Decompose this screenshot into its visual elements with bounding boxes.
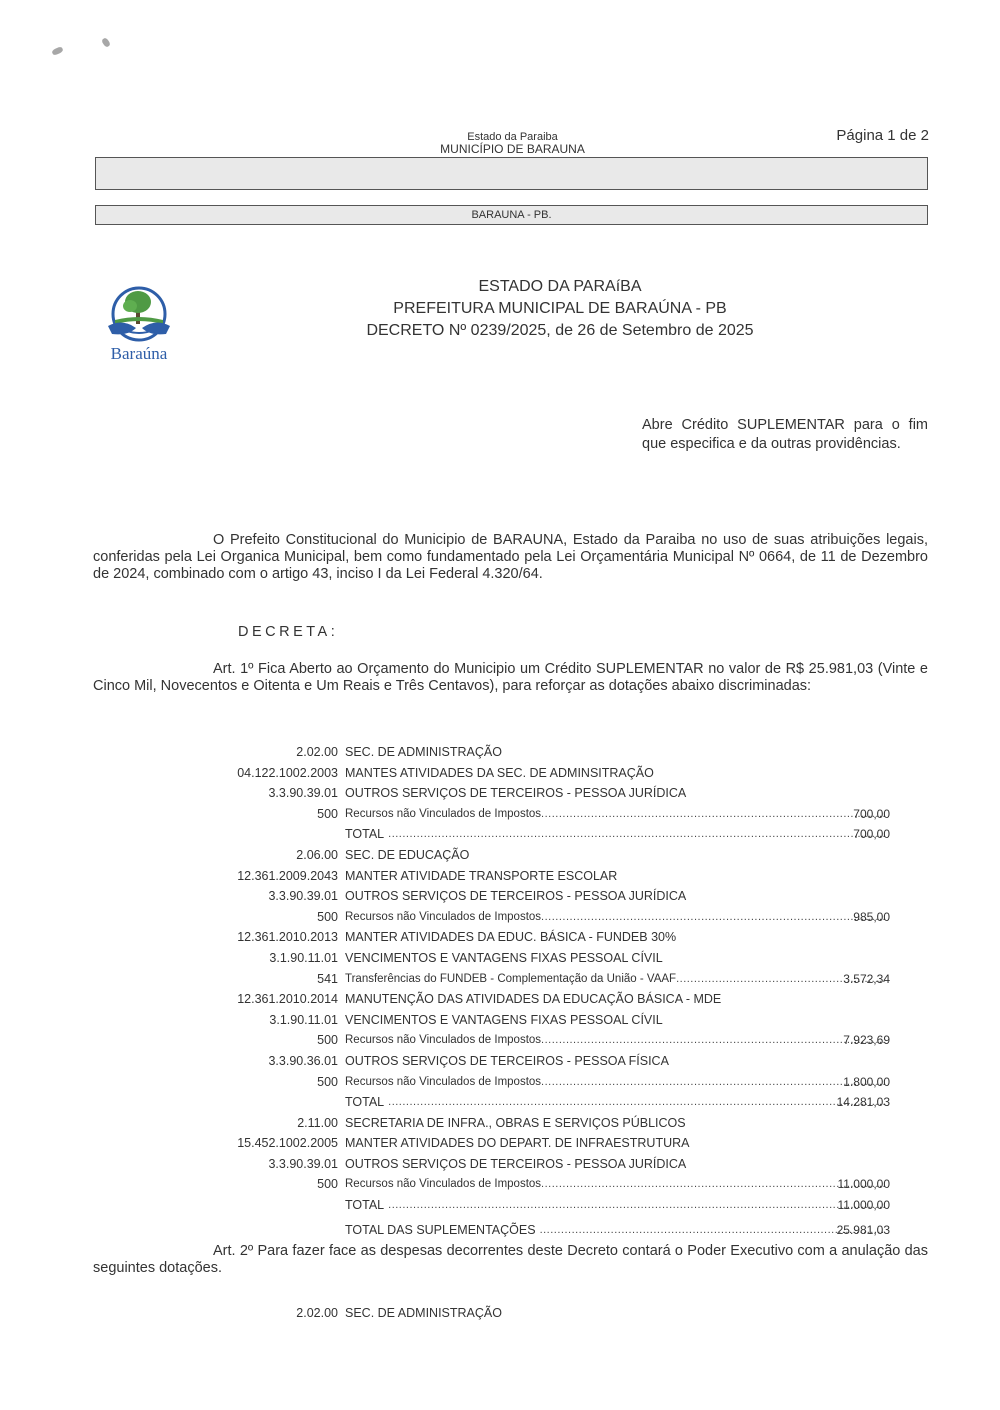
row-description-leader: TOTAL — [345, 1092, 885, 1112]
table-row: 2.11.00SECRETARIA DE INFRA., OBRAS E SER… — [100, 1113, 900, 1134]
supplement-table: 2.02.00SEC. DE ADMINISTRAÇÃO04.122.1002.… — [100, 742, 900, 1240]
dot-leader — [388, 1092, 885, 1112]
row-description-leader: Recursos não Vinculados de Impostos — [345, 1030, 885, 1050]
logo-text: Baraúna — [102, 344, 176, 364]
row-code: 3.1.90.11.01 — [269, 1010, 338, 1030]
row-code: 15.452.1002.2005 — [237, 1133, 338, 1153]
scan-artifact — [101, 37, 111, 48]
header-box-city: BARAUNA - PB. — [95, 205, 928, 225]
table-row: 500Recursos não Vinculados de Impostos70… — [100, 804, 900, 825]
row-code: 3.3.90.39.01 — [268, 783, 338, 803]
decree-title-block: ESTADO DA PARAíBA PREFEITURA MUNICIPAL D… — [330, 276, 790, 342]
row-description-leader: Transferências do FUNDEB - Complementaçã… — [345, 969, 885, 989]
page-indicator: Página 1 de 2 — [836, 127, 929, 144]
preamble-paragraph: O Prefeito Constitucional do Municipio d… — [93, 532, 928, 583]
row-code: 2.06.00 — [296, 845, 338, 865]
row-code: 12.361.2010.2014 — [237, 989, 338, 1009]
row-description-leader: Recursos não Vinculados de Impostos — [345, 804, 885, 824]
row-value: 3.572,34 — [843, 969, 890, 989]
row-code: 2.02.00 — [296, 1303, 338, 1323]
row-description-leader: Recursos não Vinculados de Impostos — [345, 1072, 885, 1092]
row-description: VENCIMENTOS E VANTAGENS FIXAS PESSOAL CÍ… — [345, 948, 663, 968]
row-code: 2.11.00 — [297, 1113, 338, 1133]
row-description: TOTAL — [345, 1195, 384, 1215]
table-row: 3.3.90.39.01OUTROS SERVIÇOS DE TERCEIROS… — [100, 886, 900, 907]
dot-leader — [540, 1220, 885, 1240]
row-description: SEC. DE EDUCAÇÃO — [345, 845, 469, 865]
header-state: Estado da Paraiba MUNICÍPIO DE BARAUNA — [400, 131, 625, 155]
row-code: 2.02.00 — [296, 742, 338, 762]
table-row: 3.1.90.11.01VENCIMENTOS E VANTAGENS FIXA… — [100, 948, 900, 969]
row-code: 04.122.1002.2003 — [237, 763, 338, 783]
row-description: OUTROS SERVIÇOS DE TERCEIROS - PESSOA FÍ… — [345, 1051, 669, 1071]
row-description: Recursos não Vinculados de Impostos — [345, 1072, 541, 1092]
row-description-leader: Recursos não Vinculados de Impostos — [345, 1174, 885, 1194]
row-description: OUTROS SERVIÇOS DE TERCEIROS - PESSOA JU… — [345, 886, 686, 906]
row-description: MANTER ATIVIDADE TRANSPORTE ESCOLAR — [345, 866, 617, 886]
decreta-heading: DECRETA: — [238, 624, 338, 640]
row-value: 985,00 — [853, 907, 890, 927]
dot-leader — [541, 907, 885, 927]
row-value: 25.981,03 — [837, 1220, 890, 1240]
row-code: 500 — [317, 907, 338, 927]
row-description-leader: Recursos não Vinculados de Impostos — [345, 907, 885, 927]
table-row: TOTAL11.000,00 — [100, 1195, 900, 1216]
article-2-paragraph: Art. 2º Para fazer face as despesas deco… — [93, 1243, 928, 1277]
row-description-leader: TOTAL — [345, 1195, 885, 1215]
table-row: TOTAL DAS SUPLEMENTAÇÕES25.981,03 — [100, 1220, 900, 1241]
table-row: 3.3.90.39.01OUTROS SERVIÇOS DE TERCEIROS… — [100, 1154, 900, 1175]
scan-artifact — [51, 46, 64, 56]
dot-leader — [541, 1030, 885, 1050]
row-code: 3.1.90.11.01 — [269, 948, 338, 968]
dot-leader — [388, 1195, 885, 1215]
row-description: TOTAL — [345, 1092, 384, 1112]
article-2-text: Art. 2º Para fazer face as despesas deco… — [93, 1243, 928, 1276]
table-row: 12.361.2009.2043MANTER ATIVIDADE TRANSPO… — [100, 866, 900, 887]
row-description: TOTAL — [345, 824, 384, 844]
row-code: 12.361.2009.2043 — [237, 866, 338, 886]
table-row: 541Transferências do FUNDEB - Complement… — [100, 969, 900, 990]
table-row: 15.452.1002.2005MANTER ATIVIDADES DO DEP… — [100, 1133, 900, 1154]
table-row: TOTAL14.281,03 — [100, 1092, 900, 1113]
row-description: Recursos não Vinculados de Impostos — [345, 804, 541, 824]
row-description: Recursos não Vinculados de Impostos — [345, 1030, 541, 1050]
table-row: 04.122.1002.2003MANTES ATIVIDADES DA SEC… — [100, 763, 900, 784]
row-value: 1.800,00 — [843, 1072, 890, 1092]
row-description: Recursos não Vinculados de Impostos — [345, 1174, 541, 1194]
dot-leader — [541, 1072, 885, 1092]
municipality-logo: Baraúna — [102, 284, 176, 366]
row-description: TOTAL DAS SUPLEMENTAÇÕES — [345, 1220, 536, 1240]
article-1-paragraph: Art. 1º Fica Aberto ao Orçamento do Muni… — [93, 661, 928, 695]
row-description: OUTROS SERVIÇOS DE TERCEIROS - PESSOA JU… — [345, 1154, 686, 1174]
row-description: SEC. DE ADMINISTRAÇÃO — [345, 1303, 502, 1323]
title-decree-number: DECRETO Nº 0239/2025, de 26 de Setembro … — [330, 320, 790, 342]
row-description: MANTER ATIVIDADES DA EDUC. BÁSICA - FUND… — [345, 927, 676, 947]
row-description-leader: TOTAL DAS SUPLEMENTAÇÕES — [345, 1220, 885, 1240]
article-1-text: Art. 1º Fica Aberto ao Orçamento do Muni… — [93, 661, 928, 694]
title-state: ESTADO DA PARAíBA — [330, 276, 790, 298]
row-description: VENCIMENTOS E VANTAGENS FIXAS PESSOAL CÍ… — [345, 1010, 663, 1030]
title-prefecture: PREFEITURA MUNICIPAL DE BARAÚNA - PB — [330, 298, 790, 320]
decree-summary: Abre Crédito SUPLEMENTAR para o fim que … — [642, 416, 928, 454]
table-row: 2.02.00SEC. DE ADMINISTRAÇÃO — [100, 1303, 900, 1324]
table-row: 2.06.00SEC. DE EDUCAÇÃO — [100, 845, 900, 866]
row-description: SECRETARIA DE INFRA., OBRAS E SERVIÇOS P… — [345, 1113, 686, 1133]
table-row: 3.3.90.39.01OUTROS SERVIÇOS DE TERCEIROS… — [100, 783, 900, 804]
row-code: 500 — [317, 804, 338, 824]
row-code: 3.3.90.36.01 — [268, 1051, 338, 1071]
row-code: 541 — [317, 969, 338, 989]
row-description: SEC. DE ADMINISTRAÇÃO — [345, 742, 502, 762]
preamble-text: O Prefeito Constitucional do Municipio d… — [93, 532, 928, 582]
table-row: 12.361.2010.2014MANUTENÇÃO DAS ATIVIDADE… — [100, 989, 900, 1010]
row-code: 3.3.90.39.01 — [268, 886, 338, 906]
row-description: MANTES ATIVIDADES DA SEC. DE ADMINSITRAÇ… — [345, 763, 654, 783]
row-code: 12.361.2010.2013 — [237, 927, 338, 947]
table-row: 500Recursos não Vinculados de Impostos98… — [100, 907, 900, 928]
table-row: 3.3.90.36.01OUTROS SERVIÇOS DE TERCEIROS… — [100, 1051, 900, 1072]
row-code: 3.3.90.39.01 — [268, 1154, 338, 1174]
table-row: 500Recursos não Vinculados de Impostos11… — [100, 1174, 900, 1195]
table-row: TOTAL700,00 — [100, 824, 900, 845]
header-box-blank — [95, 157, 928, 190]
row-value: 14.281,03 — [837, 1092, 890, 1112]
table-row: 2.02.00SEC. DE ADMINISTRAÇÃO — [100, 742, 900, 763]
row-description-leader: TOTAL — [345, 824, 885, 844]
row-value: 11.000,00 — [838, 1174, 891, 1194]
row-description: MANUTENÇÃO DAS ATIVIDADES DA EDUCAÇÃO BÁ… — [345, 989, 721, 1009]
row-code: 500 — [317, 1174, 338, 1194]
header-city-label: BARAUNA - PB. — [96, 206, 927, 222]
row-value: 11.000,00 — [838, 1195, 891, 1215]
row-code: 500 — [317, 1030, 338, 1050]
annulment-table: 2.02.00SEC. DE ADMINISTRAÇÃO — [100, 1303, 900, 1324]
row-value: 7.923,69 — [843, 1030, 890, 1050]
row-value: 700,00 — [853, 804, 890, 824]
table-row: 12.361.2010.2013MANTER ATIVIDADES DA EDU… — [100, 927, 900, 948]
dot-leader — [541, 1174, 885, 1194]
row-value: 700,00 — [853, 824, 890, 844]
row-description: OUTROS SERVIÇOS DE TERCEIROS - PESSOA JU… — [345, 783, 686, 803]
header-municipality: MUNICÍPIO DE BARAUNA — [400, 143, 625, 155]
table-row: 3.1.90.11.01VENCIMENTOS E VANTAGENS FIXA… — [100, 1010, 900, 1031]
dot-leader — [388, 824, 885, 844]
row-description: Transferências do FUNDEB - Complementaçã… — [345, 969, 676, 989]
row-description: MANTER ATIVIDADES DO DEPART. DE INFRAEST… — [345, 1133, 690, 1153]
table-row: 500Recursos não Vinculados de Impostos1.… — [100, 1072, 900, 1093]
row-code: 500 — [317, 1072, 338, 1092]
table-row: 500Recursos não Vinculados de Impostos7.… — [100, 1030, 900, 1051]
dot-leader — [541, 804, 885, 824]
row-description: Recursos não Vinculados de Impostos — [345, 907, 541, 927]
